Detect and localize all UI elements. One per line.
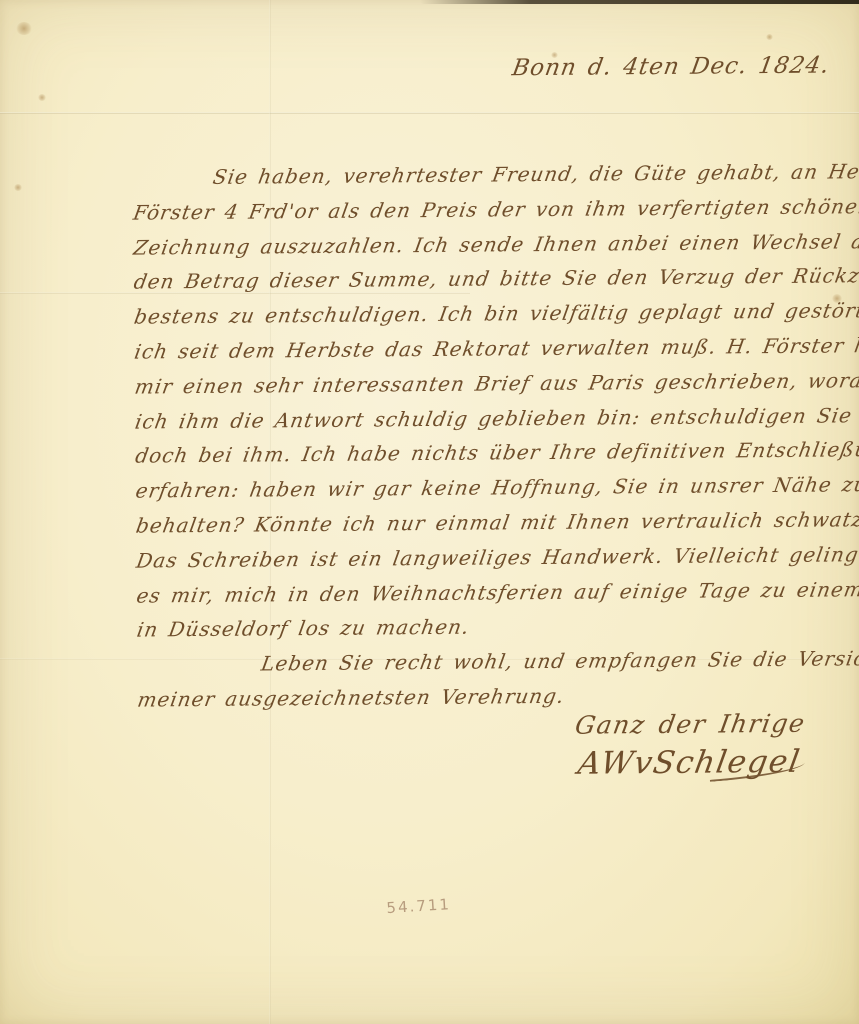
letter-paper: Bonn d. 4ten Dec. 1824. Sie haben, vereh… bbox=[0, 0, 859, 1024]
signature-block: Ganz der Ihrige AWvSchlegel bbox=[573, 709, 804, 782]
body-line: Das Schreiben ist ein langweiliges Handw… bbox=[133, 537, 859, 578]
body-line: es mir, mich in den Weihnachtsferien auf… bbox=[134, 572, 859, 613]
closing-line: Leben Sie recht wohl, und empfangen Sie … bbox=[134, 641, 859, 682]
dateline: Bonn d. 4ten Dec. 1824. bbox=[510, 53, 827, 82]
handwriting-layer: Bonn d. 4ten Dec. 1824. Sie haben, vereh… bbox=[0, 0, 859, 1024]
signature: AWvSchlegel bbox=[573, 744, 797, 782]
body-line: Förster 4 Frd'or als den Preis der von i… bbox=[130, 189, 856, 230]
dateline-text: Bonn d. 4ten Dec. 1824. bbox=[510, 52, 831, 81]
body-line: mir einen sehr interessanten Brief aus P… bbox=[132, 363, 858, 404]
letter-body: Sie haben, verehrtester Freund, die Güte… bbox=[130, 154, 859, 717]
valediction: Ganz der Ihrige bbox=[573, 709, 803, 740]
catalog-number-pencil: 54.711 bbox=[386, 895, 451, 917]
body-line: behalten? Könnte ich nur einmal mit Ihne… bbox=[133, 502, 859, 543]
